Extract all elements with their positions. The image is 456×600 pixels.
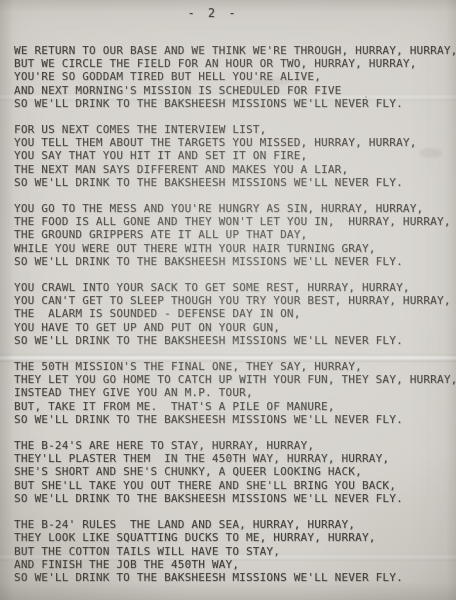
stanza: THE B-24' RULES THE LAND AND SEA, HURRAY… [14,518,456,584]
lyric-line: SO WE'LL DRINK TO THE BAKSHEESH MISSIONS… [14,413,456,426]
stanza: FOR US NEXT COMES THE INTERVIEW LIST,YOU… [14,123,456,189]
page-number: - 2 - [0,6,434,20]
lyric-line: BUT SHE'LL TAKE YOU OUT THERE AND SHE'LL… [14,479,456,492]
lyric-line: THE GROUND GRIPPERS ATE IT ALL UP THAT D… [14,228,456,241]
lyric-line: AND FINISH THE JOB THE 450TH WAY, [14,558,456,571]
lyric-line: SO WE'LL DRINK TO THE BAKSHEESH MISSIONS… [14,492,456,505]
lyric-line: THEY LET YOU GO HOME TO CATCH UP WITH YO… [14,373,456,386]
lyric-line: SO WE'LL DRINK TO THE BAKSHEESH MISSIONS… [14,97,456,110]
lyric-line: THE ALARM IS SOUNDED - DEFENSE DAY IN ON… [14,307,456,320]
lyric-line: WHILE YOU WERE OUT THERE WITH YOUR HAIR … [14,242,456,255]
lyric-line: THE FOOD IS ALL GONE AND THEY WON'T LET … [14,215,456,228]
lyric-line: INSTEAD THEY GIVE YOU AN M.P. TOUR, [14,386,456,399]
stanza: THE B-24'S ARE HERE TO STAY, HURRAY, HUR… [14,439,456,505]
lyric-line: SO WE'LL DRINK TO THE BAKSHEESH MISSIONS… [14,176,456,189]
lyric-line: THE NEXT MAN SAYS DIFFERENT AND MAKES YO… [14,163,456,176]
lyric-line: SO WE'LL DRINK TO THE BAKSHEESH MISSIONS… [14,571,456,584]
stanza: WE RETURN TO OUR BASE AND WE THINK WE'RE… [14,44,456,110]
stanza: YOU GO TO THE MESS AND YOU'RE HUNGRY AS … [14,202,456,268]
lyric-line: BUT, TAKE IT FROM ME. THAT'S A PILE OF M… [14,400,456,413]
lyric-line: THEY LOOK LIKE SQUATTING DUCKS TO ME, HU… [14,531,456,544]
song-lyrics: WE RETURN TO OUR BASE AND WE THINK WE'RE… [14,44,456,584]
lyric-line: YOU'RE SO GODDAM TIRED BUT HELL YOU'RE A… [14,70,456,83]
lyric-line: SHE'S SHORT AND SHE'S CHUNKY, A QUEER LO… [14,465,456,478]
scanned-page: - 2 - WE RETURN TO OUR BASE AND WE THINK… [0,0,456,600]
lyric-line: BUT WE CIRCLE THE FIELD FOR AN HOUR OR T… [14,57,456,70]
lyric-line: AND NEXT MORNING'S MISSION IS SCHEDULED … [14,84,456,97]
lyric-line: THE B-24'S ARE HERE TO STAY, HURRAY, HUR… [14,439,456,452]
lyric-line: THE 50TH MISSION'S THE FINAL ONE, THEY S… [14,360,456,373]
lyric-line: THE B-24' RULES THE LAND AND SEA, HURRAY… [14,518,456,531]
lyric-line: YOU SAY THAT YOU HIT IT AND SET IT ON FI… [14,149,456,162]
lyric-line: YOU HAVE TO GET UP AND PUT ON YOUR GUN, [14,321,456,334]
lyric-line: WE RETURN TO OUR BASE AND WE THINK WE'RE… [14,44,456,57]
lyric-line: YOU TELL THEM ABOUT THE TARGETS YOU MISS… [14,136,456,149]
lyric-line: YOU GO TO THE MESS AND YOU'RE HUNGRY AS … [14,202,456,215]
stanza: THE 50TH MISSION'S THE FINAL ONE, THEY S… [14,360,456,426]
lyric-line: SO WE'LL DRINK TO THE BAKSHEESH MISSIONS… [14,255,456,268]
stanza: YOU CRAWL INTO YOUR SACK TO GET SOME RES… [14,281,456,347]
lyric-line: BUT THE COTTON TAILS WILL HAVE TO STAY, [14,545,456,558]
lyric-line: SO WE'LL DRINK TO THE BAKSHEESH MISSIONS… [14,334,456,347]
lyric-line: THEY'LL PLASTER THEM IN THE 450TH WAY, H… [14,452,456,465]
lyric-line: YOU CRAWL INTO YOUR SACK TO GET SOME RES… [14,281,456,294]
lyric-line: YOU CAN'T GET TO SLEEP THOUGH YOU TRY YO… [14,294,456,307]
lyric-line: FOR US NEXT COMES THE INTERVIEW LIST, [14,123,456,136]
